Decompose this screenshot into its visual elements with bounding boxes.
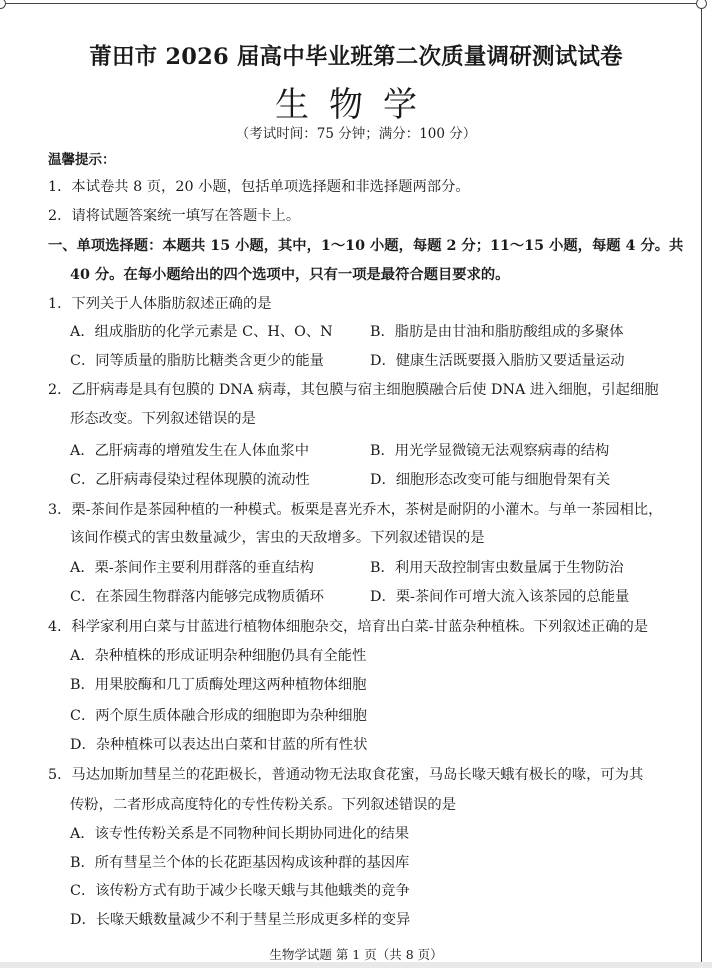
option-d: D．长喙天蛾数量减少不利于彗星兰形成更多样的变异 bbox=[70, 910, 410, 930]
option-d: D．栗-茶间作可增大流入该茶园的总能量 bbox=[370, 587, 629, 607]
option-c: C．同等质量的脂肪比糖类含更少的能量 bbox=[70, 351, 324, 371]
option-c: C．在茶园生物群落内能够完成物质循环 bbox=[70, 587, 324, 607]
question-stem-cont: 传粉，二者形成高度特化的专性传粉关系。下列叙述错误的是 bbox=[70, 795, 456, 815]
corner-ring-icon bbox=[0, 0, 6, 9]
frame-top-border bbox=[0, 3, 702, 4]
subject-title: 生物学 bbox=[0, 77, 712, 126]
section-heading: 一、单项选择题：本题共 15 小题，其中，1～10 小题，每题 2 分；11～1… bbox=[48, 236, 683, 256]
option-d: D．健康生活既要摄入脂肪又要适量运动 bbox=[370, 351, 625, 371]
corner-ring-icon bbox=[696, 0, 707, 9]
notice-heading: 温馨提示： bbox=[48, 150, 116, 170]
option-a: A．组成脂肪的化学元素是 C、H、O、N bbox=[70, 322, 333, 342]
option-d: D．细胞形态改变可能与细胞骨架有关 bbox=[370, 470, 610, 490]
option-c: C．乙肝病毒侵染过程体现膜的流动性 bbox=[70, 470, 310, 490]
notice-item: 2．请将试题答案统一填写在答题卡上。 bbox=[48, 206, 300, 226]
section-heading-cont: 40 分。在每小题给出的四个选项中，只有一项是最符合题目要求的。 bbox=[70, 265, 509, 285]
option-a: A．乙肝病毒的增殖发生在人体血浆中 bbox=[70, 441, 309, 461]
question-stem-cont: 形态改变。下列叙述错误的是 bbox=[70, 409, 256, 429]
question-stem-cont: 该间作模式的害虫数量减少，害虫的天敌增多。下列叙述错误的是 bbox=[70, 528, 485, 548]
option-b: B．用果胶酶和几丁质酶处理这两种植物体细胞 bbox=[70, 675, 366, 695]
option-a: A．该专性传粉关系是不同物种间长期协同进化的结果 bbox=[70, 824, 409, 844]
option-a: A．栗-茶间作主要利用群落的垂直结构 bbox=[70, 558, 314, 578]
page-footer: 生物学试题 第 1 页（共 8 页） bbox=[0, 945, 712, 965]
option-a: A．杂种植株的形成证明杂种细胞仍具有全能性 bbox=[70, 646, 366, 666]
question-stem: 5．马达加斯加彗星兰的花距极长，普通动物无法取食花蜜，马岛长喙天蛾有极长的喙，可… bbox=[48, 765, 643, 785]
option-b: B．利用天敌控制害虫数量属于生物防治 bbox=[370, 558, 624, 578]
notice-item: 1．本试卷共 8 页，20 小题，包括单项选择题和非选择题两部分。 bbox=[48, 177, 470, 197]
frame-right-border bbox=[701, 3, 702, 965]
question-stem: 3．栗-茶间作是茶园种植的一种模式。板栗是喜光乔木，茶树是耐阴的小灌木。与单一茶… bbox=[48, 500, 662, 520]
exam-info: （考试时间：75 分钟；满分：100 分） bbox=[0, 122, 712, 142]
option-d: D．杂种植株可以表达出白菜和甘蓝的所有性状 bbox=[70, 735, 367, 755]
option-b: B．用光学显微镜无法观察病毒的结构 bbox=[370, 441, 609, 461]
option-c: C．两个原生质体融合形成的细胞即为杂种细胞 bbox=[70, 706, 367, 726]
exam-title: 莆田市 2026 届高中毕业班第二次质量调研测试试卷 bbox=[0, 39, 712, 71]
option-b: B．脂肪是由甘油和脂肪酸组成的多聚体 bbox=[370, 322, 624, 342]
question-stem: 2．乙肝病毒是具有包膜的 DNA 病毒，其包膜与宿主细胞膜融合后使 DNA 进入… bbox=[48, 380, 659, 400]
option-b: B．所有彗星兰个体的长花距基因构成该种群的基因库 bbox=[70, 853, 409, 873]
option-c: C．该传粉方式有助于减少长喙天蛾与其他蛾类的竞争 bbox=[70, 881, 410, 901]
question-stem: 4．科学家利用白菜与甘蓝进行植物体细胞杂交，培育出白菜-甘蓝杂种植株。下列叙述正… bbox=[48, 617, 648, 637]
question-stem: 1．下列关于人体脂肪叙述正确的是 bbox=[48, 294, 272, 314]
